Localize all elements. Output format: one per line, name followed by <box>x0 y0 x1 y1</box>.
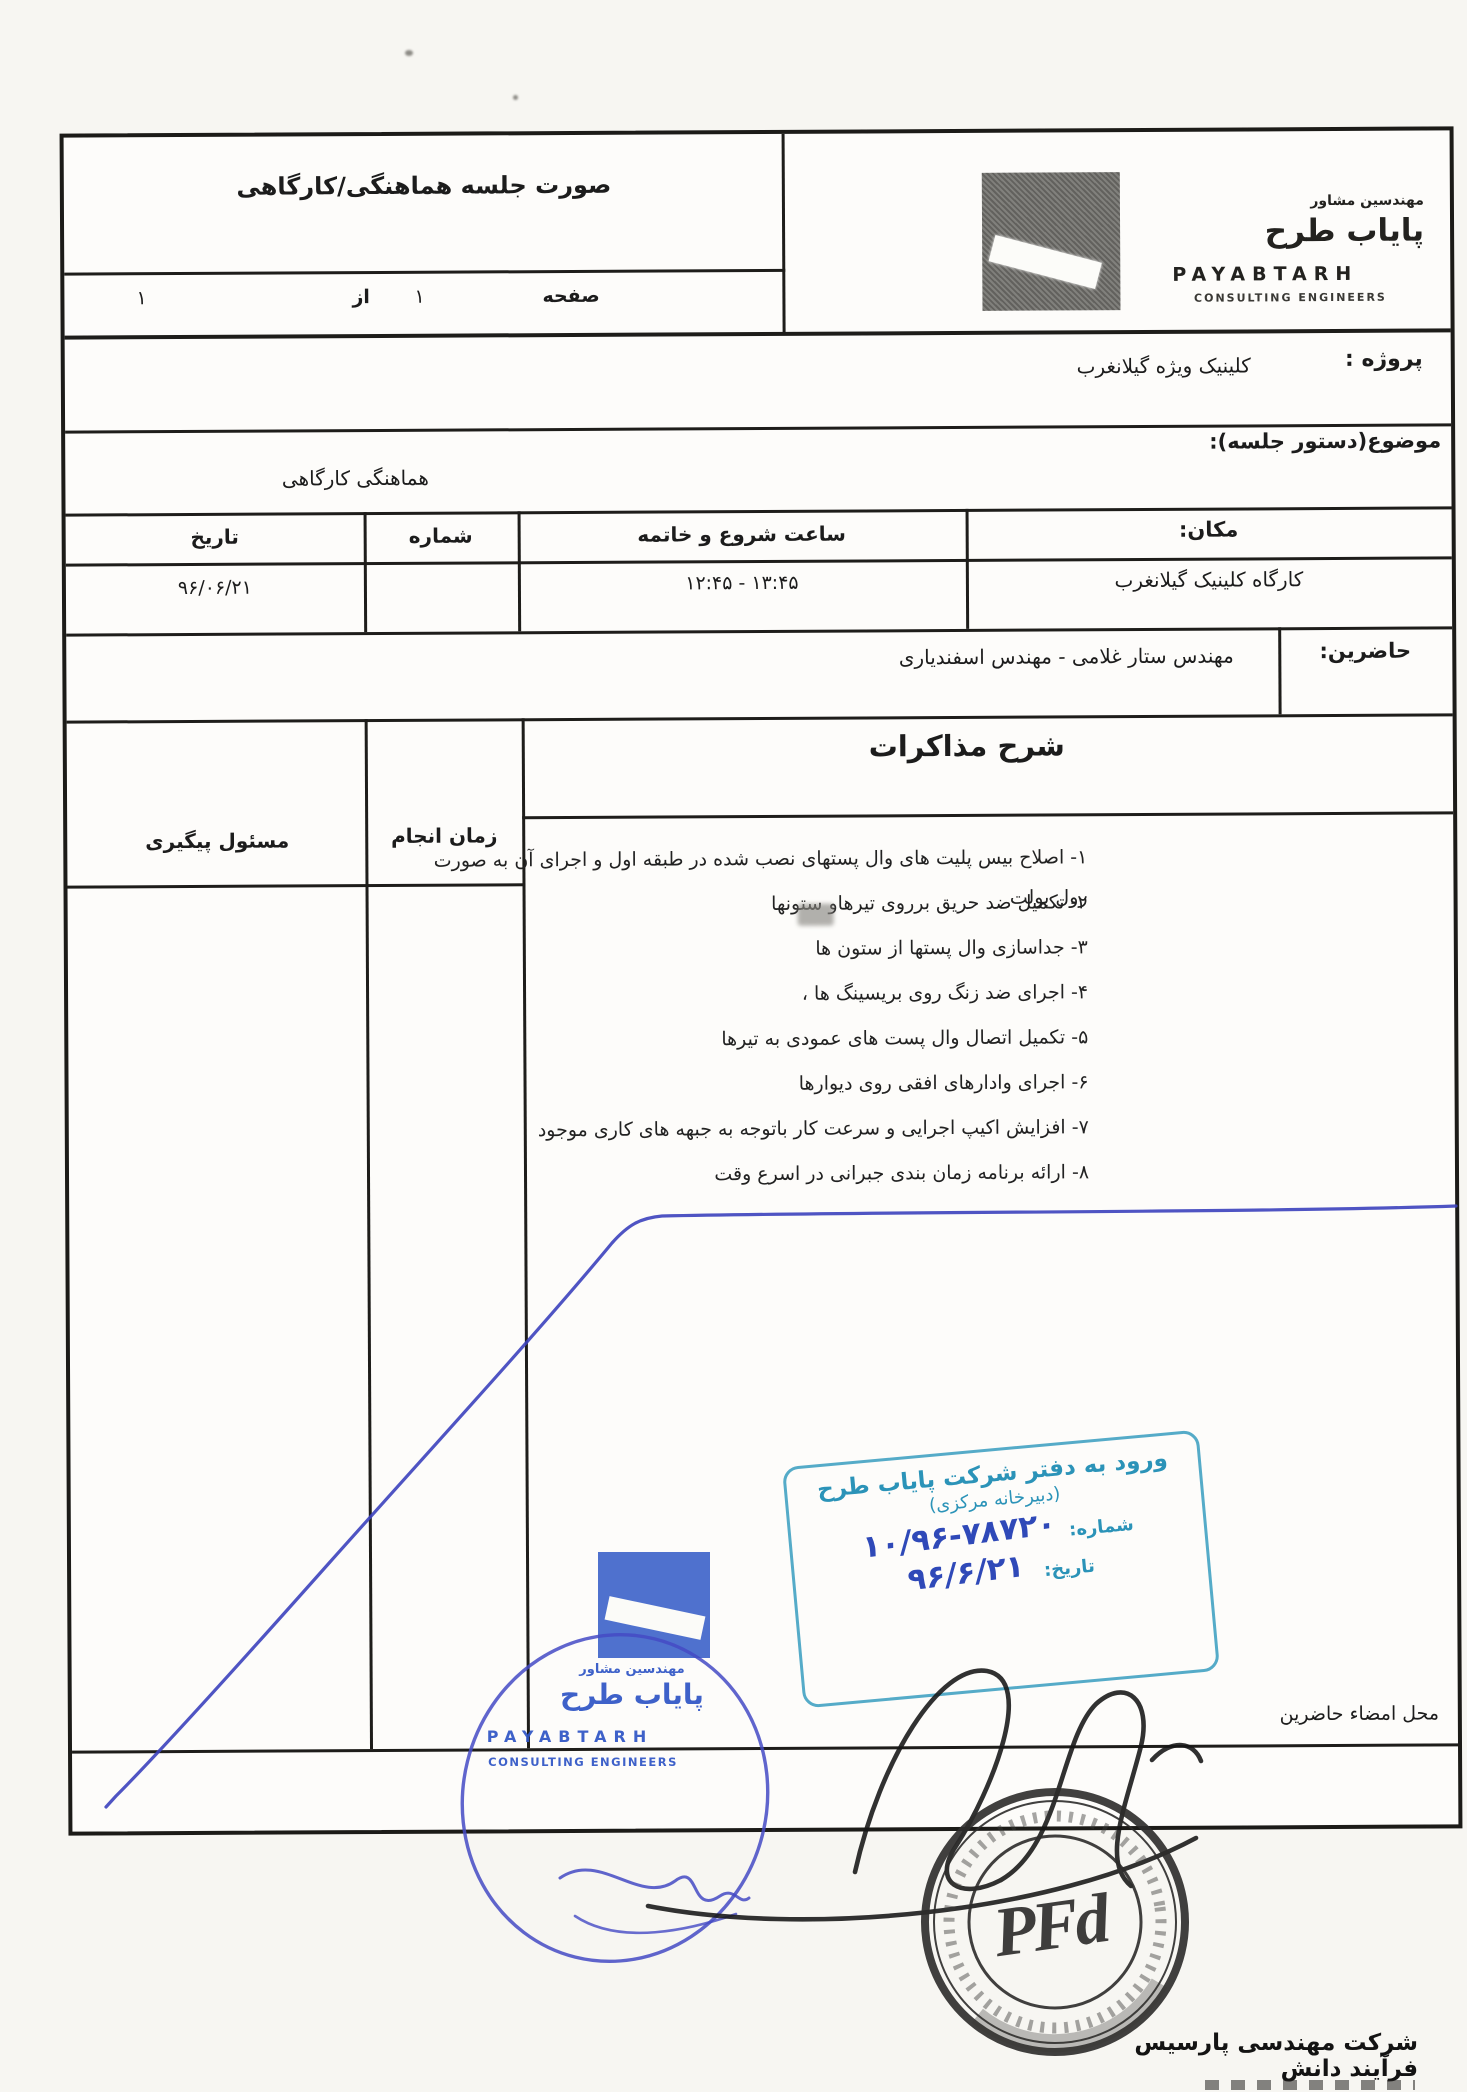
minutes-item: ۵- تکمیل اتصال وال پست های عمودی به تیره… <box>428 1017 1088 1065</box>
date-value: ۹۶/۰۶/۲۱ <box>66 576 364 600</box>
subject-value: هماهنگی کارگاهی <box>245 466 465 491</box>
location-label: مکان: <box>966 516 1452 543</box>
round-stamp-text: PFd <box>988 1880 1116 1973</box>
header-bottom-line <box>65 328 1451 339</box>
company-stamp-en-name: PAYABTARH <box>440 1727 700 1746</box>
entry-stamp: ورود به دفتر شرکت پایاب طرح (دبیرخانه مر… <box>782 1430 1220 1709</box>
time-value: ۱۲:۴۵ - ۱۳:۴۵ <box>518 571 966 595</box>
page-number: ۱ <box>414 286 424 308</box>
info-label-value-divider <box>66 556 1452 566</box>
brand-fa-name: پایاب طرح <box>1204 213 1424 250</box>
form-table: صورت جلسه هماهنگی/کارگاهی صفحه ۱ از ۱ مه… <box>60 126 1463 1835</box>
entry-stamp-number-label: شماره: <box>1068 1514 1134 1541</box>
page-label: صفحه <box>542 285 599 307</box>
time-column-header: ساعت شروع و خاتمه <box>518 521 966 547</box>
brand-en-name: PAYABTARH <box>1130 263 1400 286</box>
entry-stamp-date-label: تاریخ: <box>1043 1556 1096 1582</box>
minutes-item: ۱- اصلاح بیس پلیت های وال پستهای نصب شده… <box>427 837 1087 885</box>
responsible-column-header: مسئول پیگیری <box>87 828 347 853</box>
scan-speck <box>405 50 413 56</box>
page-total: ۱ <box>136 287 146 309</box>
header-vertical-divider <box>782 134 786 334</box>
subject-label: موضوع(دستور جلسه): <box>1209 428 1441 453</box>
attendees-value: مهندس ستار غلامی - مهندس اسفندیاری <box>846 643 1286 669</box>
brand-en-sub: CONSULTING ENGINEERS <box>1160 291 1420 305</box>
page-of-label: از <box>352 286 370 308</box>
document-title: صورت جلسه هماهنگی/کارگاهی <box>104 170 744 201</box>
minutes-item: ۸- ارائه برنامه زمان بندی جبرانی در اسرع… <box>429 1152 1089 1200</box>
info-row-bottom-line <box>66 626 1452 636</box>
signature-row-top-line <box>72 1743 1458 1753</box>
brand-fa-small: مهندسین مشاور <box>1254 193 1424 210</box>
scan-smudge <box>798 904 834 926</box>
minutes-item: ۳- جداسازی وال پستها از ستون ها <box>428 927 1088 975</box>
minutes-title-underline <box>522 811 1453 819</box>
minutes-item: ۶- اجرای وادارهای افقی روی دیوارها <box>428 1062 1088 1110</box>
blue-signature-squiggle <box>560 1870 749 1901</box>
footer-company-name: شرکت مهندسی پارسیس فرآیند دانش <box>1088 2030 1418 2082</box>
company-stamp-fa-name: پایاب طرح <box>538 1678 726 1711</box>
attendees-row-bottom-line <box>67 713 1453 723</box>
signature-place-label: محل امضاء حاضرین <box>1272 1702 1447 1725</box>
blue-signature-squiggle2 <box>575 1914 736 1933</box>
attendees-label: حاضرین: <box>1278 638 1452 663</box>
minutes-title: شرح مذاکرات <box>757 728 1177 764</box>
minutes-item: ۴- اجرای ضد زنگ روی بریسینگ ها ، <box>428 972 1088 1020</box>
number-value <box>364 575 518 576</box>
project-label: پروژه : <box>1345 347 1423 372</box>
number-column-header: شماره <box>364 523 518 548</box>
subject-row-bottom-line <box>66 506 1452 516</box>
date-column-header: تاریخ <box>66 524 364 550</box>
footer-clipped-line <box>1205 2080 1415 2090</box>
location-value: کارگاه کلینیک گیلانغرب <box>966 566 1452 593</box>
minutes-item: ۲- تکمیل ضد حریق برروی تیرهاو ستونها <box>427 882 1087 930</box>
responsible-column-line <box>365 719 373 1749</box>
title-page-divider <box>64 269 785 276</box>
minutes-item: ۷- افزایش اکیپ اجرایی و سرعت کار باتوجه … <box>429 1107 1089 1155</box>
scan-speck <box>513 95 518 100</box>
company-stamp-en-sub: CONSULTING ENGINEERS <box>458 1755 708 1769</box>
company-stamp-fa-small: مهندسین مشاور <box>548 1662 716 1677</box>
project-value: کلینیک ویژه گیلانغرب <box>1077 353 1251 378</box>
minutes-items: ۱- اصلاح بیس پلیت های وال پستهای نصب شده… <box>427 837 1089 1200</box>
scanned-meeting-minutes-page: { "header": { "title": "صورت جلسه هماهنگ… <box>0 0 1467 2092</box>
